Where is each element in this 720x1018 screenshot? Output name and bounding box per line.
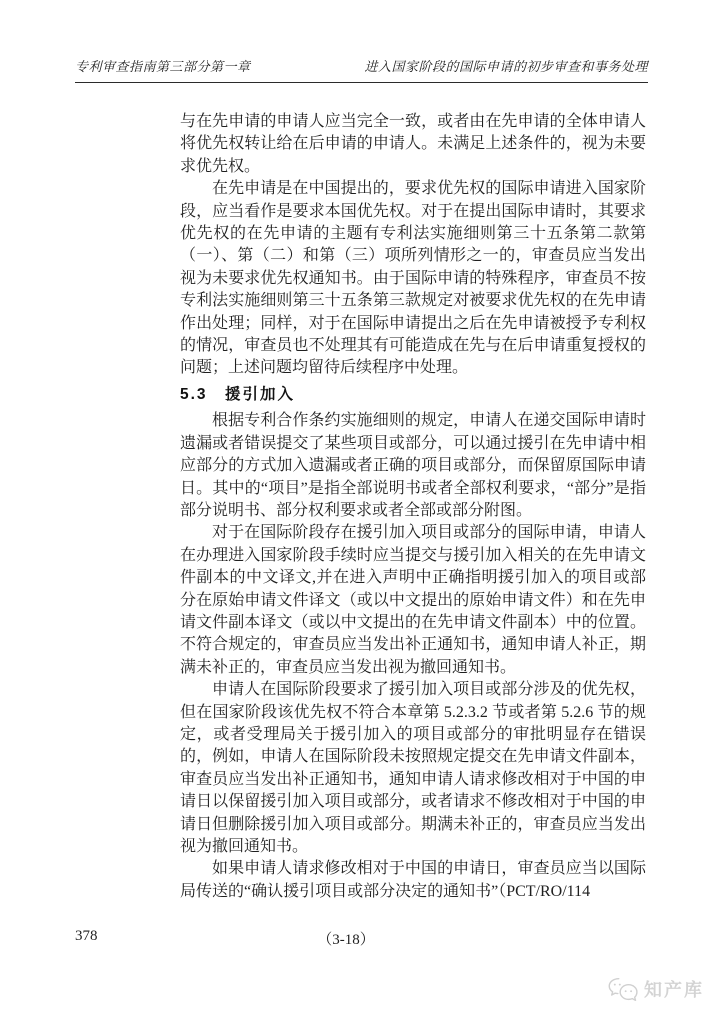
body-paragraph: 申请人在国际阶段要求了援引加入项目或部分涉及的优先权，但在国家阶段该优先权不符合… [180, 679, 646, 858]
watermark: 知产库 [607, 976, 704, 1002]
body-paragraph: 根据专利合作条约实施细则的规定，申请人在递交国际申请时遗漏或者错误提交了某些项目… [180, 410, 646, 522]
section-heading: 5.3 援引加入 [180, 384, 646, 406]
header-right-title: 进入国家阶段的国际申请的初步审查和事务处理 [364, 56, 648, 75]
body-paragraph: 如果申请人请求修改相对于中国的申请日，审查员应当以国际局传送的“确认援引项目或部… [180, 858, 646, 903]
body-paragraph: 与在先申请的申请人应当完全一致，或者由在先申请的全体申请人将优先权转让给在后申请… [180, 111, 646, 178]
document-page: 专利审查指南第三部分第一章 进入国家阶段的国际申请的初步审查和事务处理 与在先申… [0, 0, 720, 1018]
footer-section-number: （3-18） [0, 928, 692, 949]
header-rule [75, 82, 648, 83]
header-left-title: 专利审查指南第三部分第一章 [75, 56, 251, 75]
running-header: 专利审查指南第三部分第一章 进入国家阶段的国际申请的初步审查和事务处理 [75, 56, 648, 75]
watermark-label: 知产库 [644, 976, 704, 1002]
wechat-icon [607, 977, 639, 1002]
body-paragraph: 在先申请是在中国提出的，要求优先权的国际申请进入国家阶段，应当看作是要求本国优先… [180, 178, 646, 380]
document-body: 与在先申请的申请人应当完全一致，或者由在先申请的全体申请人将优先权转让给在后申请… [180, 111, 646, 903]
body-paragraph: 对于在国际阶段存在援引加入项目或部分的国际申请，申请人在办理进入国家阶段手续时应… [180, 522, 646, 679]
